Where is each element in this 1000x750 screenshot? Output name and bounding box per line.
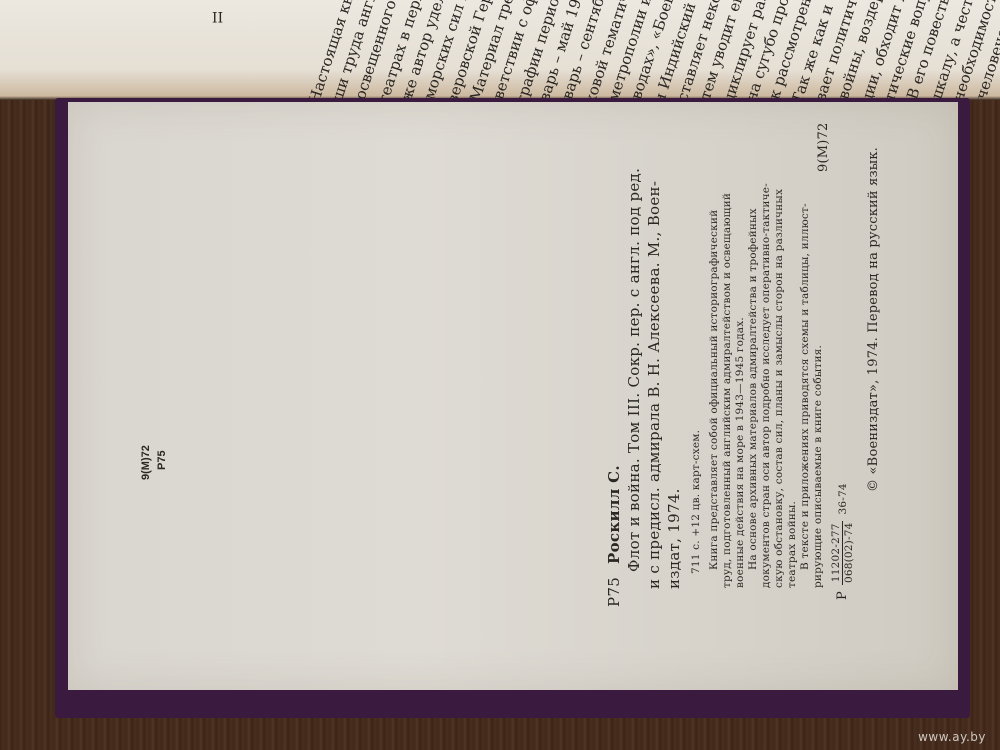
annotation-line: скую обстановку, состав сил, планы и зам… [773, 189, 785, 588]
annotation-line: театрах войны. [786, 501, 798, 588]
title-line-1: Флот и война. Том III. Сокр. пер. с англ… [625, 168, 643, 572]
top-left-code: 9(М)72 [140, 445, 152, 480]
annotation-line: рирующие описываемые в книге события. [812, 345, 824, 588]
extent: 711 с. +12 цв. карт-схем. [690, 430, 702, 574]
catalog-code: Р75 [605, 577, 623, 607]
bbk-index: Р 11202-277 068(02)-74 36-74 [830, 483, 855, 600]
author: Роскилл С. [605, 465, 623, 564]
index-fraction: 11202-277 068(02)-74 [830, 521, 855, 586]
previous-page: II Настоящая книгаши труда английскосвещ… [0, 0, 1000, 100]
imprint-page: 9(М)72 Р75 Р75 Роскилл С. Флот и война. … [68, 102, 958, 690]
annotation-line: В тексте и приложениях приводятся схемы … [799, 203, 811, 570]
annotation-line: На основе архивных материалов адмиралтей… [747, 208, 759, 570]
annotation-line: Книга представляет собой официальный ист… [708, 210, 720, 570]
previous-page-heading: II [212, 8, 223, 24]
index-suffix: 36-74 [837, 483, 849, 514]
index-numerator: 11202-277 [830, 521, 843, 586]
title-line-3: издат, 1974. [665, 488, 683, 589]
watermark: www.ay.by [918, 730, 986, 744]
annotation-line: документов стран оси автор подробно иссл… [760, 183, 772, 588]
title-line-2: и с предисл. адмирала В. Н. Алексеева. М… [645, 181, 663, 589]
copyright-line: © «Воениздат», 1974. Перевод на русский … [866, 147, 881, 492]
classification-code: 9(М)72 [816, 123, 831, 172]
annotation-line: труд, подготовленный английским адмиралт… [721, 193, 733, 588]
index-denominator: 068(02)-74 [843, 521, 855, 586]
top-left-sub: Р75 [156, 450, 168, 470]
index-prefix: Р [835, 591, 850, 600]
annotation-line: военные действия на море в 1943—1945 год… [734, 317, 746, 588]
